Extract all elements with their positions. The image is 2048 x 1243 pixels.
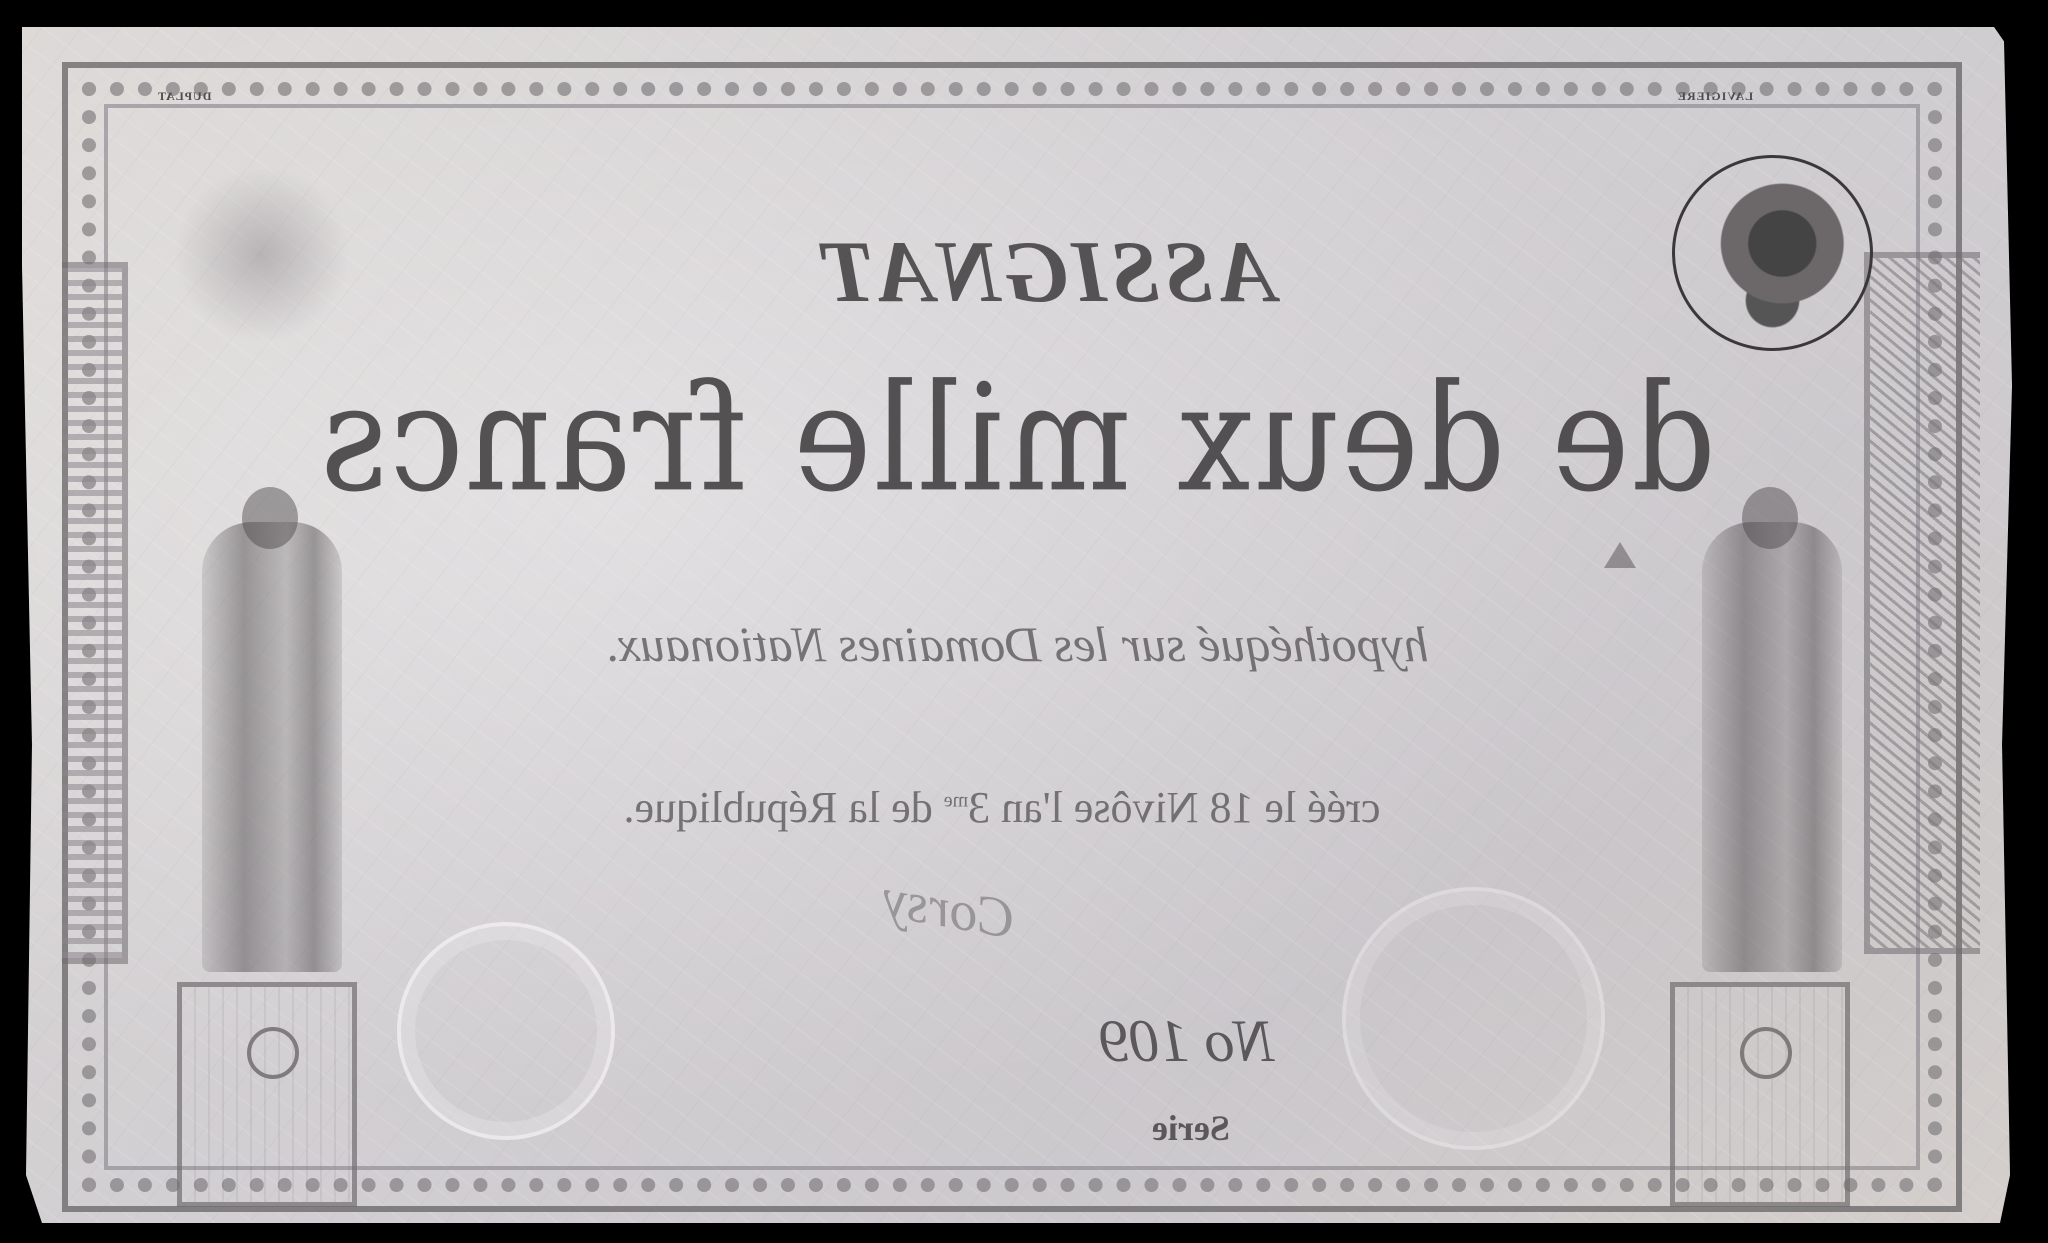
denomination-text: de deux mille francs [182, 353, 1852, 525]
statue-icon [1702, 522, 1842, 972]
serial-number: No 109 [1062, 1007, 1312, 1076]
statue-head [242, 487, 298, 549]
banknote-paper: DUPLAT LAVIGIERE ASSIGNAT de deux mille … [22, 27, 2020, 1223]
pedestal [1670, 982, 1850, 1207]
ghost-medallion-icon [172, 167, 352, 342]
created-prefix: créé le 18 Nivôse l'an 3 [968, 783, 1380, 832]
rosette-icon [1740, 1027, 1792, 1079]
title-text: ASSIGNAT [818, 222, 1276, 323]
mortgage-line: hypothéqué sur les Domaines Nationaux. [352, 615, 1682, 673]
created-sup: me [944, 789, 968, 811]
serie-label: Serie [1152, 1107, 1230, 1149]
engraver-label-left: DUPLAT [157, 89, 211, 104]
left-side-panel [62, 262, 128, 964]
triangle-icon [1604, 542, 1636, 568]
creation-date-line: créé le 18 Nivôse l'an 3me de la Républi… [382, 782, 1622, 833]
seal-icon [397, 922, 615, 1140]
engraver-label-right: LAVIGIERE [1677, 89, 1753, 104]
created-suffix: de la République. [624, 783, 944, 832]
portrait-medallion-icon [1672, 155, 1873, 351]
pedestal [177, 982, 357, 1207]
statue-icon [202, 522, 342, 972]
document-title: ASSIGNAT [722, 222, 1372, 323]
statue-head [1742, 487, 1798, 549]
seal-icon [1342, 887, 1605, 1150]
right-side-panel [1864, 252, 1980, 954]
rosette-icon [247, 1027, 299, 1079]
